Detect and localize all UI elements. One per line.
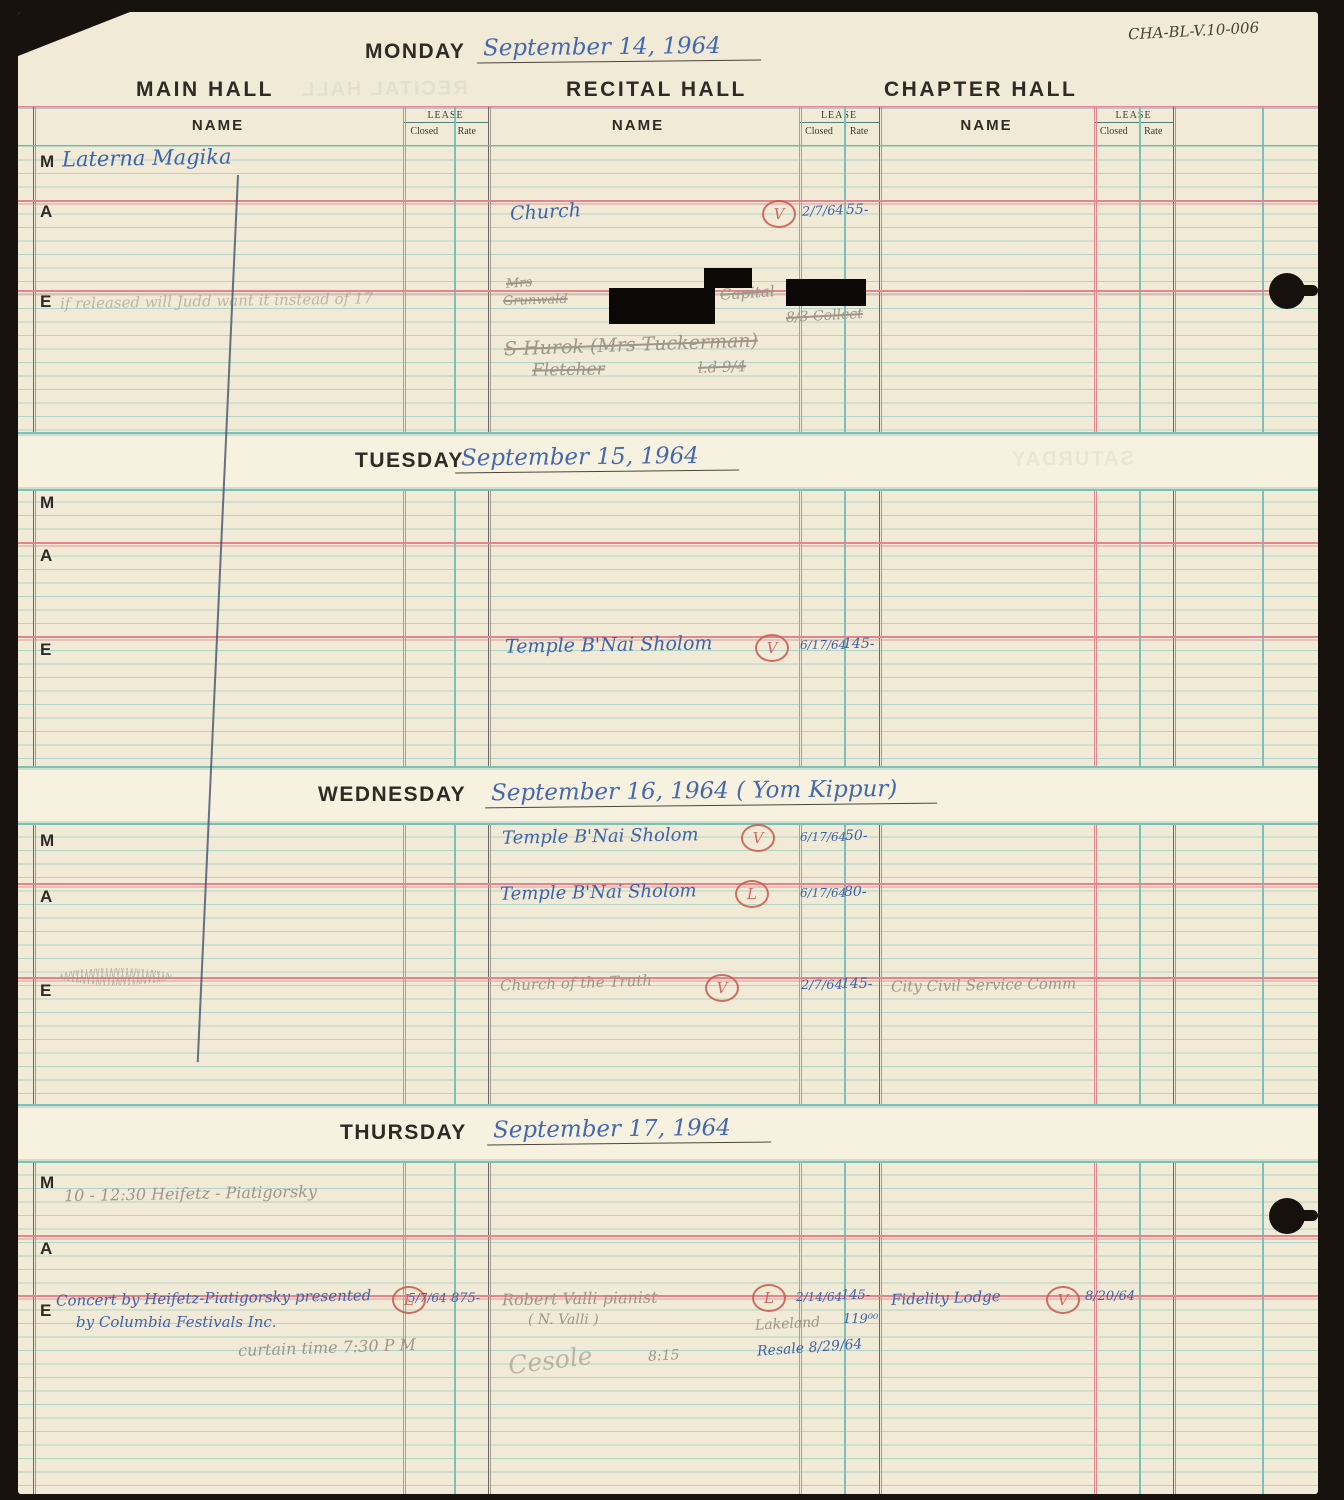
wed-recital-m-rate: 50- xyxy=(845,828,868,844)
row-label-a: A xyxy=(40,546,52,566)
tue-recital-e-rate: 145- xyxy=(843,636,874,652)
column-rule-dark xyxy=(879,107,882,146)
day-date-monday: September 14, 1964 xyxy=(477,33,761,64)
thu-recital-e-nvalli: ( N. Valli ) xyxy=(528,1312,599,1328)
row-divider-line xyxy=(18,977,1318,979)
wed-recital-e-checkmark: V xyxy=(705,974,739,1002)
mon-recital-e-name-line2: Grunwald xyxy=(503,292,568,309)
lease-label: LEASE xyxy=(1094,108,1173,123)
wed-recital-e-rate: 145- xyxy=(841,976,872,992)
punch-hole-top xyxy=(1269,273,1305,309)
thu-chapter-e-closed: 8/20/64 xyxy=(1085,1289,1135,1304)
day-label-wednesday: WEDNESDAY xyxy=(318,783,466,807)
column-rule-cyan xyxy=(1262,488,1264,767)
wed-recital-a-checkmark: L xyxy=(735,880,769,908)
row-label-a: A xyxy=(40,202,52,222)
column-rule-red xyxy=(799,488,802,767)
column-rule-red xyxy=(403,488,406,767)
closed-label: Closed xyxy=(1094,126,1134,137)
column-rule-dark xyxy=(1173,107,1176,146)
day-label-tuesday: TUESDAY xyxy=(355,449,464,473)
column-rule-dark xyxy=(879,488,882,767)
lease-label: LEASE xyxy=(799,108,879,123)
closed-label: Closed xyxy=(799,126,839,137)
mon-recital-a-rate: 55- xyxy=(846,202,869,218)
column-rule-dark xyxy=(33,107,36,146)
hall-title-chapter: CHAPTER HALL xyxy=(884,78,1077,102)
column-rule-dark xyxy=(488,488,491,767)
day-date-thursday: September 17, 1964 xyxy=(487,1115,771,1146)
column-rule-red xyxy=(403,823,406,1105)
tue-recital-e-entry: Temple B'Nai Sholom xyxy=(505,632,713,658)
lease-header-chapter: LEASE Closed Rate xyxy=(1094,108,1173,145)
rate-label: Rate xyxy=(446,126,489,137)
column-rule-red xyxy=(403,1161,406,1494)
day-date-wednesday: September 16, 1964 ( Yom Kippur) xyxy=(485,776,938,809)
mon-recital-a-entry: Church xyxy=(509,199,581,225)
row-label-m: M xyxy=(40,1173,54,1193)
wed-recital-a-closed: 6/17/64 xyxy=(800,886,846,900)
name-column-header-main: NAME xyxy=(33,117,403,134)
day-label-monday: MONDAY xyxy=(365,40,465,64)
column-rule-red xyxy=(799,107,802,146)
column-rule-cyan xyxy=(844,1161,846,1494)
column-rule-cyan xyxy=(454,107,456,146)
column-rule-red xyxy=(403,107,406,146)
column-rule-cyan xyxy=(1262,823,1264,1105)
mon-main-m-entry: Laterna Magika xyxy=(62,145,232,172)
wed-recital-e-closed: 2/7/64 xyxy=(801,978,843,993)
column-rule-red xyxy=(1094,823,1097,1105)
ghost-bleedthrough-recital-hall: RECITAL HALL xyxy=(300,77,468,101)
thu-recital-e-rate: 145- xyxy=(841,1288,870,1303)
row-label-m: M xyxy=(40,152,54,172)
row-divider-line xyxy=(18,542,1318,544)
punch-hole-bottom xyxy=(1269,1198,1305,1234)
column-rule-dark xyxy=(33,1161,36,1494)
column-rule-dark xyxy=(488,823,491,1105)
lease-header-recital: LEASE Closed Rate xyxy=(799,108,879,145)
grid-wednesday: MAE xyxy=(18,822,1318,1105)
row-divider-line xyxy=(18,200,1318,202)
column-rule-red xyxy=(799,823,802,1105)
column-rule-cyan xyxy=(1139,488,1141,767)
column-rule-dark xyxy=(879,823,882,1105)
day-date-tuesday: September 15, 1964 xyxy=(455,443,739,474)
column-rule-dark xyxy=(1173,488,1176,767)
column-rule-cyan xyxy=(454,1161,456,1494)
ghost-bleedthrough-saturday: SATURDAY xyxy=(1010,447,1134,471)
column-rule-dark xyxy=(33,488,36,767)
column-rule-cyan xyxy=(844,488,846,767)
column-rule-dark xyxy=(33,823,36,1105)
hall-title-recital: RECITAL HALL xyxy=(566,78,747,102)
row-label-m: M xyxy=(40,493,54,513)
wed-recital-a-rate: 80- xyxy=(844,884,867,900)
column-rule-red xyxy=(1094,1161,1097,1494)
day-label-thursday: THURSDAY xyxy=(340,1121,467,1145)
tue-recital-e-checkmark: V xyxy=(755,634,789,662)
column-rule-cyan xyxy=(454,488,456,767)
thu-recital-e-entry: Robert Valli pianist xyxy=(502,1288,658,1310)
column-header-row: NAME NAME NAME LEASE Closed Rate LEASE C… xyxy=(18,106,1318,146)
thu-recital-e-time: 8:15 xyxy=(648,1347,680,1365)
closed-label: Closed xyxy=(403,126,446,137)
hall-title-main: MAIN HALL xyxy=(136,78,274,102)
column-rule-cyan xyxy=(1262,1161,1264,1494)
column-rule-dark xyxy=(1173,823,1176,1105)
row-label-e: E xyxy=(40,640,51,660)
row-divider-line xyxy=(18,1235,1318,1237)
name-column-header-chapter: NAME xyxy=(879,117,1094,134)
lease-header-main: LEASE Closed Rate xyxy=(403,108,488,145)
scanned-ledger-photo: { "page": { "catalog_number": "CHA-BL-V.… xyxy=(0,0,1344,1500)
thu-main-e-line2: by Columbia Festivals Inc. xyxy=(76,1313,277,1331)
mon-recital-e-capital: Capital xyxy=(719,282,775,304)
tue-recital-e-closed: 6/17/64 xyxy=(800,638,846,652)
thu-main-e-rate: 875- xyxy=(451,1291,480,1306)
lease-label: LEASE xyxy=(403,108,488,123)
column-rule-cyan xyxy=(844,107,846,146)
thu-chapter-e-entry: Fidelity Lodge xyxy=(891,1287,1001,1309)
wed-recital-m-closed: 6/17/64 xyxy=(800,830,846,844)
day-band-monday: MONDAY September 14, 1964 xyxy=(18,22,1318,82)
thu-main-e-closed: 5/7/64 xyxy=(408,1291,447,1305)
mon-recital-e-fletcher: Fletcher xyxy=(532,359,605,380)
mon-recital-a-closed: 2/7/64 xyxy=(802,203,844,219)
column-rule-red xyxy=(1094,488,1097,767)
thu-recital-e-lakeland: Lakeland xyxy=(755,1314,821,1333)
column-rule-cyan xyxy=(1139,1161,1141,1494)
wed-recital-a-entry: Temple B'Nai Sholom xyxy=(500,880,697,904)
ledger-page: MONDAY September 14, 1964 MAIN HALL RECI… xyxy=(18,12,1318,1494)
column-rule-dark xyxy=(879,1161,882,1494)
mon-recital-redaction-large xyxy=(609,288,715,324)
column-rule-cyan xyxy=(454,823,456,1105)
day-band-wednesday: WEDNESDAY September 16, 1964 ( Yom Kippu… xyxy=(18,766,1318,825)
thu-chapter-e-checkmark: V xyxy=(1046,1286,1080,1314)
row-label-e: E xyxy=(40,1301,51,1321)
mon-recital-redaction-right xyxy=(786,279,866,306)
row-label-a: A xyxy=(40,1239,52,1259)
name-column-header-recital: NAME xyxy=(488,117,788,134)
column-rule-cyan xyxy=(1262,107,1264,146)
thu-recital-e-lease-circle: L xyxy=(752,1284,786,1312)
wed-recital-m-checkmark: V xyxy=(741,824,775,852)
column-rule-dark xyxy=(488,1161,491,1494)
column-rule-cyan xyxy=(1139,107,1141,146)
row-label-e: E xyxy=(40,292,51,312)
row-label-m: M xyxy=(40,831,54,851)
wed-recital-m-entry: Temple B'Nai Sholom xyxy=(502,824,699,848)
column-rule-cyan xyxy=(1139,823,1141,1105)
day-band-thursday: THURSDAY September 17, 1964 xyxy=(18,1104,1318,1163)
row-label-e: E xyxy=(40,981,51,1001)
mon-recital-e-name-line1: Mrs xyxy=(506,275,533,292)
wed-chapter-e-entry: City Civil Service Comm xyxy=(891,974,1077,995)
mon-recital-e-ld: l.d 9/4 xyxy=(698,357,747,377)
row-label-a: A xyxy=(40,887,52,907)
thu-recital-e-closed: 2/14/64 xyxy=(796,1290,842,1304)
mon-recital-a-checkmark: V xyxy=(762,200,796,228)
wed-main-e-illegible-scribble xyxy=(58,968,173,985)
column-rule-dark xyxy=(488,107,491,146)
thu-recital-e-rate2: 119⁰⁰ xyxy=(843,1312,878,1327)
column-rule-red xyxy=(1094,107,1097,146)
column-rule-dark xyxy=(1173,1161,1176,1494)
column-rule-cyan xyxy=(844,823,846,1105)
